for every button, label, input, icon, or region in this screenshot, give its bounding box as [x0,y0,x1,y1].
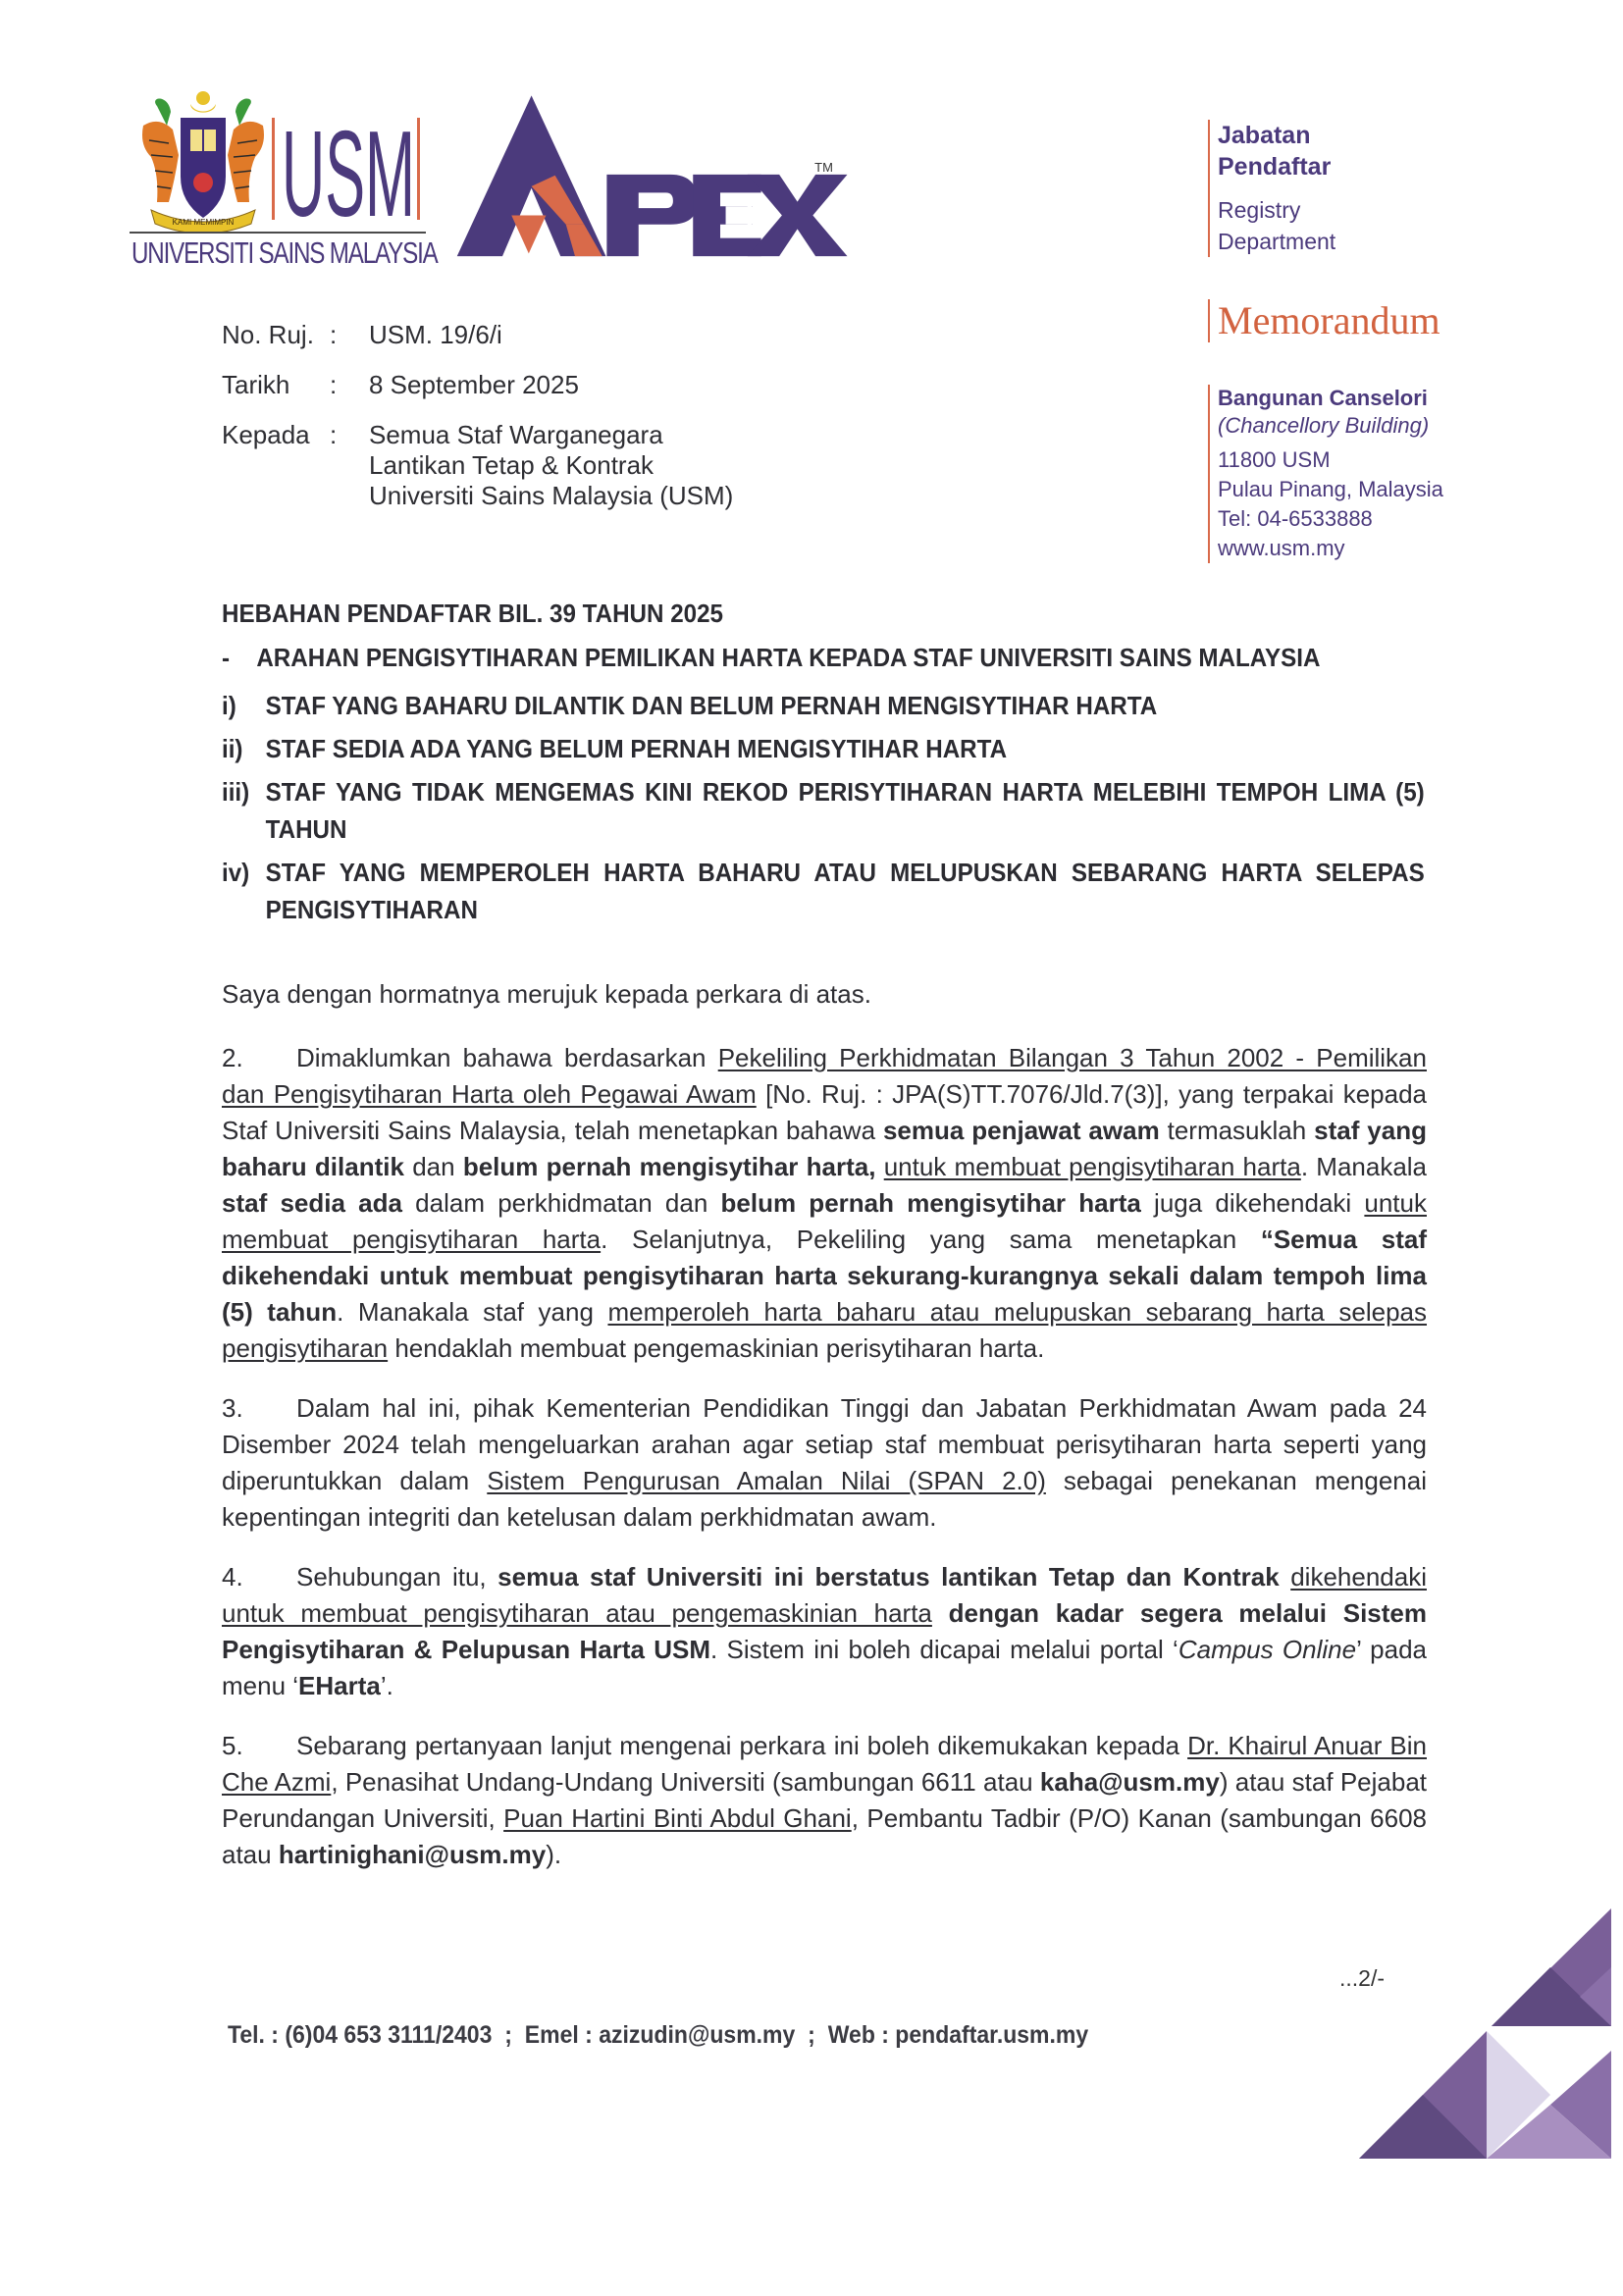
emphasis-text: EHarta [298,1671,381,1700]
subject-item-number: ii) [222,730,266,767]
address-tel: Tel: 04-6533888 [1218,504,1443,534]
department-name-en-line-1: Registry [1218,194,1335,226]
subject-heading: ARAHAN PENGISYTIHARAN PEMILIKAN HARTA KE… [256,640,1424,675]
recipient-line: Semua Staf Warganegara [369,420,733,450]
recipient-row: Kepada : Semua Staf Warganegara Lantikan… [222,420,733,511]
apex-logo: TM [442,88,854,270]
paragraph-text: dan [404,1152,463,1181]
paragraph-number: 3. [222,1390,296,1427]
paragraph-text: Sebarang pertanyaan lanjut mengenai perk… [296,1731,1187,1760]
department-name-en-line-2: Department [1218,226,1335,257]
salutation: Saya dengan hormatnya merujuk kepada per… [222,976,1427,1013]
subject-item-number: i) [222,687,266,724]
svg-text:KAMI MEMIMPIN: KAMI MEMIMPIN [173,218,235,227]
paragraph-text: ’. [381,1671,393,1700]
body-paragraph: 5.Sebarang pertanyaan lanjut mengenai pe… [222,1728,1427,1873]
subject-item-number: iii) [222,773,266,848]
recipient-label: Kepada [222,420,330,511]
document-type-label: Memorandum [1208,299,1440,342]
subject-item-text: STAF YANG BAHARU DILANTIK DAN BELUM PERN… [266,687,1425,724]
subject-heading-row: - ARAHAN PENGISYTIHARAN PEMILIKAN HARTA … [222,640,1425,675]
subject-item-number: iv) [222,854,266,928]
subject-item: i)STAF YANG BAHARU DILANTIK DAN BELUM PE… [222,687,1425,724]
date-label: Tarikh [222,370,330,400]
footer-contact: Tel. : (6)04 653 3111/2403;Emel : azizud… [228,2021,1088,2050]
usm-crest-logo: KAMI MEMIMPIN [130,86,277,234]
recipient-line: Lantikan Tetap & Kontrak [369,450,733,481]
emphasis-text: belum pernah mengisytihar harta [721,1188,1141,1218]
paragraph-text: ). [546,1840,561,1869]
svg-text:USM: USM [282,116,415,224]
subject-item: ii)STAF SEDIA ADA YANG BELUM PERNAH MENG… [222,730,1425,767]
paragraph-number: 5. [222,1728,296,1764]
svg-text:TM: TM [814,160,833,175]
underlined-reference: untuk membuat pengisytiharan harta [884,1152,1301,1181]
paragraph-text: termasuklah [1160,1116,1314,1145]
paragraph-number: 2. [222,1040,296,1076]
address-building: Bangunan Canselori [1218,385,1443,412]
date-row: Tarikh : 8 September 2025 [222,370,733,400]
underlined-reference: Sistem Pengurusan Amalan Nilai (SPAN 2.0… [487,1466,1046,1495]
subject-item: iv)STAF YANG MEMPEROLEH HARTA BAHARU ATA… [222,854,1425,928]
footer-tel: Tel. : (6)04 653 3111/2403 [228,2021,492,2049]
underlined-reference: Puan Hartini Binti Abdul Ghani [503,1803,852,1833]
emphasis-text: hartinighani@usm.my [279,1840,546,1869]
paragraph-text: . Manakala staf yang [337,1297,607,1327]
paragraph-text: . Sistem ini boleh dicapai melalui porta… [710,1635,1178,1664]
department-name-line-2: Pendaftar [1218,151,1335,183]
address-block: Bangunan Canselori (Chancellory Building… [1208,385,1443,563]
paragraph-list: 2.Dimaklumkan bahawa berdasarkan Pekelil… [222,1040,1427,1873]
address-postcode: 11800 USM [1218,445,1443,475]
logo-divider [130,232,426,234]
paragraph-text [932,1598,949,1628]
department-name-line-1: Jabatan [1218,120,1335,151]
subject-dash: - [222,640,256,675]
emphasis-text: kaha@usm.my [1040,1767,1220,1797]
subject-title: HEBAHAN PENDAFTAR BIL. 39 TAHUN 2025 [222,597,1425,630]
footer-web[interactable]: Web : pendaftar.usm.my [828,2021,1088,2049]
university-name: UNIVERSITI SAINS MALAYSIA [131,235,438,271]
paragraph-text [875,1152,883,1181]
emphasis-text: belum pernah mengisytihar harta, [463,1152,876,1181]
department-block: Jabatan Pendaftar Registry Department [1208,120,1335,257]
recipient-line: Universiti Sains Malaysia (USM) [369,481,733,511]
italic-text: Campus Online [1178,1635,1356,1664]
emphasis-text: semua penjawat awam [883,1116,1160,1145]
address-web[interactable]: www.usm.my [1218,534,1443,563]
paragraph-text: dalam perkhidmatan dan [402,1188,721,1218]
emphasis-text: staf sedia ada [222,1188,402,1218]
paragraph-text: Dimaklumkan bahawa berdasarkan [296,1043,718,1072]
subject-item-list: i)STAF YANG BAHARU DILANTIK DAN BELUM PE… [222,687,1425,928]
body-paragraph: 2.Dimaklumkan bahawa berdasarkan Pekelil… [222,1040,1427,1367]
subject-item-text: STAF YANG TIDAK MENGEMAS KINI REKOD PERI… [266,773,1425,848]
usm-wordmark-logo: USM [270,116,427,224]
paragraph-text: . Selanjutnya, Pekeliling yang sama mene… [601,1225,1261,1254]
memo-meta: No. Ruj. : USM. 19/6/i Tarikh : 8 Septem… [222,320,733,531]
memo-body: Saya dengan hormatnya merujuk kepada per… [222,976,1427,1897]
paragraph-text: . Manakala [1301,1152,1427,1181]
reference-value: USM. 19/6/i [369,320,502,350]
colon: : [330,320,369,350]
paragraph-number: 4. [222,1559,296,1595]
footer-email[interactable]: Emel : azizudin@usm.my [525,2021,795,2049]
paragraph-text: hendaklah membuat pengemaskinian perisyt… [388,1333,1044,1363]
footer-separator: ; [808,2021,815,2049]
reference-row: No. Ruj. : USM. 19/6/i [222,320,733,350]
paragraph-text: Sehubungan itu, [296,1562,497,1592]
body-paragraph: 4.Sehubungan itu, semua staf Universiti … [222,1559,1427,1704]
address-building-en: (Chancellory Building) [1218,412,1443,440]
colon: : [330,370,369,400]
emphasis-text: semua staf Universiti ini berstatus lant… [497,1562,1280,1592]
subject-block: HEBAHAN PENDAFTAR BIL. 39 TAHUN 2025 - A… [222,597,1425,928]
body-paragraph: 3.Dalam hal ini, pihak Kementerian Pendi… [222,1390,1427,1536]
footer-separator: ; [504,2021,512,2049]
decorative-triangle-pattern [1354,1908,1611,2173]
subject-item-text: STAF YANG MEMPEROLEH HARTA BAHARU ATAU M… [266,854,1425,928]
colon: : [330,420,369,511]
recipient-value: Semua Staf Warganegara Lantikan Tetap & … [369,420,733,511]
address-state: Pulau Pinang, Malaysia [1218,475,1443,504]
paragraph-text: juga dikehendaki [1141,1188,1365,1218]
paragraph-text: , Penasihat Undang-Undang Universiti (sa… [331,1767,1040,1797]
reference-label: No. Ruj. [222,320,330,350]
date-value: 8 September 2025 [369,370,579,400]
paragraph-text [1280,1562,1291,1592]
subject-item: iii)STAF YANG TIDAK MENGEMAS KINI REKOD … [222,773,1425,848]
subject-item-text: STAF SEDIA ADA YANG BELUM PERNAH MENGISY… [266,730,1425,767]
